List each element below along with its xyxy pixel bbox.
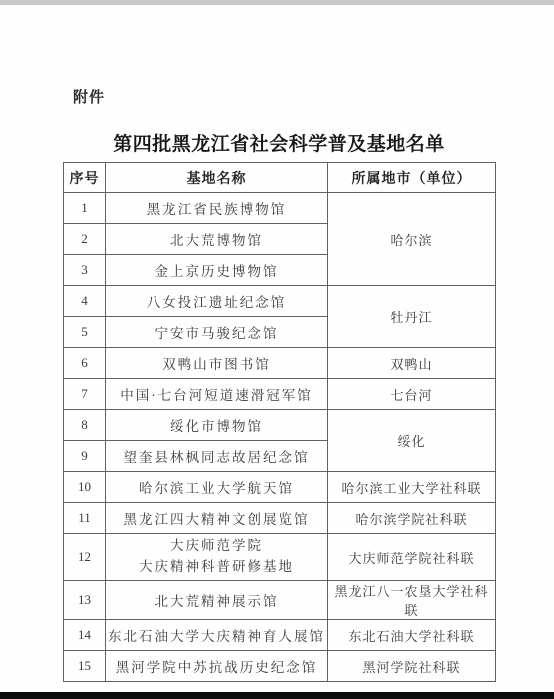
table-row: 12 大庆师范学院 大庆精神科普研修基地 大庆师范学院社科联 (64, 534, 496, 581)
base-name-cell: 望奎县林枫同志故居纪念馆 (106, 441, 328, 472)
base-name-line-1: 大庆师范学院 (106, 536, 327, 557)
seq-cell: 13 (64, 581, 106, 620)
seq-cell: 15 (64, 651, 106, 682)
base-name-cell: 金上京历史博物馆 (106, 255, 328, 286)
bases-table: 序号 基地名称 所属地市（单位） 1 黑龙江省民族博物馆 哈尔滨 2 北大荒博物… (63, 162, 496, 682)
base-name-cell: 黑龙江省民族博物馆 (106, 193, 328, 224)
base-name-cell: 宁安市马骏纪念馆 (106, 317, 328, 348)
base-name-cell: 中国·七台河短道速滑冠军馆 (106, 379, 328, 410)
table-row: 14 东北石油大学大庆精神育人展馆 东北石油大学社科联 (64, 620, 496, 651)
col-header-region: 所属地市（单位） (328, 163, 496, 193)
base-name-cell: 大庆师范学院 大庆精神科普研修基地 (106, 534, 328, 581)
seq-cell: 6 (64, 348, 106, 379)
seq-cell: 11 (64, 503, 106, 534)
region-cell: 黑龙江八一农垦大学社科联 (328, 581, 496, 620)
seq-cell: 1 (64, 193, 106, 224)
region-cell: 双鸭山 (328, 348, 496, 379)
region-cell: 哈尔滨 (328, 193, 496, 286)
top-edge-bar (0, 0, 554, 5)
region-cell: 哈尔滨学院社科联 (328, 503, 496, 534)
attachment-label: 附件 (73, 86, 105, 107)
table-row: 7 中国·七台河短道速滑冠军馆 七台河 (64, 379, 496, 410)
table-row: 1 黑龙江省民族博物馆 哈尔滨 (64, 193, 496, 224)
region-cell: 黑河学院社科联 (328, 651, 496, 682)
seq-cell: 9 (64, 441, 106, 472)
table-row: 8 绥化市博物馆 绥化 (64, 410, 496, 441)
region-cell: 哈尔滨工业大学社科联 (328, 472, 496, 503)
table-header-row: 序号 基地名称 所属地市（单位） (64, 163, 496, 193)
seq-cell: 14 (64, 620, 106, 651)
table-row: 6 双鸭山市图书馆 双鸭山 (64, 348, 496, 379)
base-name-cell: 黑河学院中苏抗战历史纪念馆 (106, 651, 328, 682)
table-row: 11 黑龙江四大精神文创展览馆 哈尔滨学院社科联 (64, 503, 496, 534)
base-name-cell: 黑龙江四大精神文创展览馆 (106, 503, 328, 534)
seq-cell: 12 (64, 534, 106, 581)
seq-cell: 5 (64, 317, 106, 348)
region-cell: 东北石油大学社科联 (328, 620, 496, 651)
table-row: 10 哈尔滨工业大学航天馆 哈尔滨工业大学社科联 (64, 472, 496, 503)
col-header-name: 基地名称 (106, 163, 328, 193)
base-name-cell: 北大荒博物馆 (106, 224, 328, 255)
seq-cell: 4 (64, 286, 106, 317)
seq-cell: 8 (64, 410, 106, 441)
seq-cell: 3 (64, 255, 106, 286)
base-name-cell: 八女投江遗址纪念馆 (106, 286, 328, 317)
base-name-cell: 哈尔滨工业大学航天馆 (106, 472, 328, 503)
base-name-cell: 北大荒精神展示馆 (106, 581, 328, 620)
table-row: 13 北大荒精神展示馆 黑龙江八一农垦大学社科联 (64, 581, 496, 620)
table-row: 15 黑河学院中苏抗战历史纪念馆 黑河学院社科联 (64, 651, 496, 682)
base-name-cell: 东北石油大学大庆精神育人展馆 (106, 620, 328, 651)
base-name-cell: 绥化市博物馆 (106, 410, 328, 441)
base-name-cell: 双鸭山市图书馆 (106, 348, 328, 379)
col-header-seq: 序号 (64, 163, 106, 193)
seq-cell: 10 (64, 472, 106, 503)
region-cell: 牡丹江 (328, 286, 496, 348)
seq-cell: 2 (64, 224, 106, 255)
document-title: 第四批黑龙江省社会科学普及基地名单 (63, 129, 495, 156)
region-cell: 绥化 (328, 410, 496, 472)
document-page: 附件 第四批黑龙江省社会科学普及基地名单 序号 基地名称 所属地市（单位） 1 … (0, 0, 554, 699)
base-name-line-2: 大庆精神科普研修基地 (106, 557, 327, 578)
region-cell: 七台河 (328, 379, 496, 410)
table-row: 4 八女投江遗址纪念馆 牡丹江 (64, 286, 496, 317)
bottom-edge-bar (0, 692, 554, 699)
region-cell: 大庆师范学院社科联 (328, 534, 496, 581)
seq-cell: 7 (64, 379, 106, 410)
